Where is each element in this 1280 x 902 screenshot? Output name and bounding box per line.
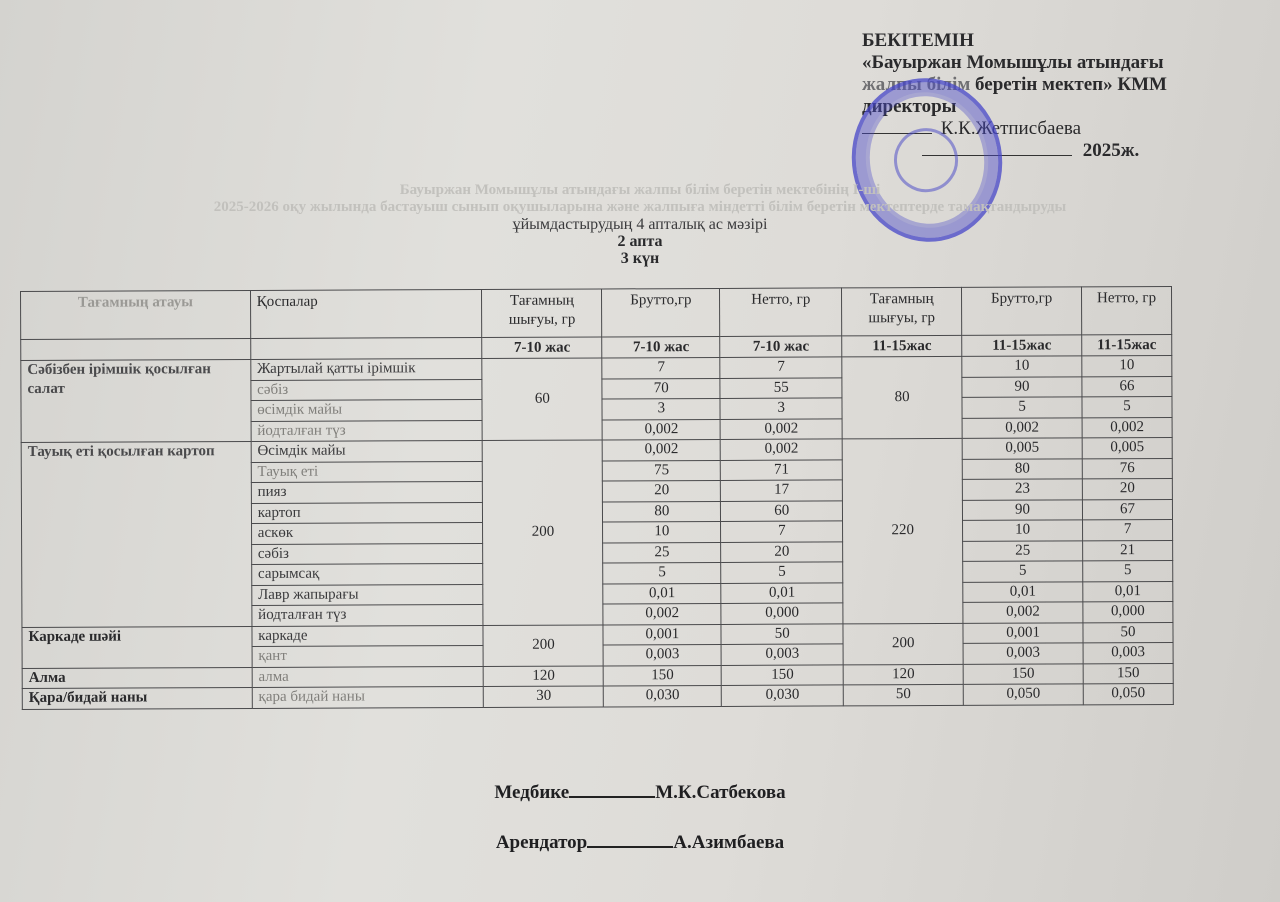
title-line1: Бауыржан Момышұлы атындағы жалпы білім б… — [60, 182, 1220, 199]
netto-7-10: 3 — [720, 398, 842, 419]
brutto-7-10: 20 — [603, 480, 721, 501]
netto-11-15: 10 — [1082, 355, 1172, 376]
age-cell — [21, 338, 251, 360]
col-header-netto-7-10: Нетто, гр — [720, 288, 842, 337]
menu-table-body: Сәбізбен ірімшік қосылған салатЖартылай … — [21, 355, 1174, 709]
brutto-7-10: 70 — [602, 378, 720, 399]
brutto-11-15: 150 — [963, 663, 1083, 684]
netto-11-15: 0,000 — [1083, 601, 1173, 622]
tenant-signature: АрендаторА.Азимбаева — [0, 832, 1280, 854]
ingredient-name: сарымсақ — [251, 563, 483, 585]
nurse-signature-line — [569, 796, 655, 798]
brutto-7-10: 75 — [603, 460, 721, 481]
dish-name: Тауық еті қосылған картоп — [21, 441, 252, 627]
age-cell: 7-10 жас — [482, 337, 602, 359]
output-11-15: 80 — [842, 356, 962, 439]
nurse-role: Медбике — [494, 782, 569, 803]
brutto-7-10: 7 — [602, 357, 720, 378]
col-header-netto-11-15: Нетто, гр — [1082, 286, 1172, 334]
col-header-brutto-7-10: Брутто,гр — [602, 288, 720, 337]
netto-7-10: 71 — [721, 459, 843, 480]
approval-heading: БЕКІТЕМІН — [862, 30, 1262, 52]
brutto-11-15: 80 — [962, 458, 1082, 479]
title-line3: ұйымдастырудың 4 апталық ас мәзірі — [60, 216, 1220, 233]
col-header-ingredients: Қоспалар — [250, 289, 482, 338]
netto-11-15: 5 — [1083, 560, 1173, 581]
output-7-10: 200 — [483, 440, 604, 625]
output-11-15: 220 — [842, 438, 963, 623]
brutto-11-15: 5 — [963, 561, 1083, 582]
brutto-7-10: 0,030 — [604, 685, 722, 706]
col-header-dish: Тағамның атауы — [21, 290, 251, 339]
netto-7-10: 0,003 — [721, 644, 843, 665]
age-cell: 11-15жас — [842, 335, 962, 357]
brutto-11-15: 90 — [962, 376, 1082, 397]
col-header-output-11-15: Тағамның шығуы, гр — [842, 287, 962, 336]
netto-11-15: 21 — [1083, 540, 1173, 561]
output-11-15: 200 — [843, 623, 963, 665]
approval-org-line1: «Бауыржан Момышұлы атындағы — [862, 52, 1262, 74]
brutto-7-10: 10 — [603, 521, 721, 542]
menu-table: Тағамның атауы Қоспалар Тағамның шығуы, … — [20, 286, 1174, 710]
ingredient-name: қант — [252, 645, 484, 667]
ingredient-name: қара бидай наны — [252, 686, 484, 708]
netto-7-10: 55 — [720, 377, 842, 398]
ingredient-name: алма — [252, 666, 484, 688]
title-line2: 2025-2026 оқу жылында бастауыш сынып оқу… — [60, 199, 1220, 216]
netto-7-10: 50 — [721, 623, 843, 644]
age-cell: 11-15жас — [962, 335, 1082, 357]
netto-7-10: 0,030 — [722, 685, 844, 706]
output-7-10: 60 — [482, 358, 602, 441]
nurse-name: М.К.Сатбекова — [655, 782, 785, 803]
ingredient-name: картоп — [251, 502, 483, 524]
netto-7-10: 0,000 — [721, 603, 843, 624]
ingredient-name: Лавр жапырағы — [252, 584, 484, 606]
age-cell — [250, 337, 482, 359]
brutto-11-15: 0,005 — [962, 438, 1082, 459]
dish-name: Каркаде шәйі — [22, 626, 252, 668]
brutto-7-10: 0,001 — [603, 624, 721, 645]
dish-name: Алма — [22, 667, 252, 689]
brutto-11-15: 23 — [962, 479, 1082, 500]
ingredient-name: аскөк — [251, 522, 483, 544]
approval-year: 2025ж. — [1083, 140, 1140, 161]
netto-7-10: 0,002 — [720, 418, 842, 439]
netto-11-15: 66 — [1082, 376, 1172, 397]
output-7-10: 200 — [483, 624, 603, 666]
ingredient-name: пияз — [251, 481, 483, 503]
netto-11-15: 0,002 — [1082, 417, 1172, 438]
brutto-7-10: 3 — [602, 398, 720, 419]
ingredient-name: каркаде — [252, 625, 484, 647]
age-cell: 7-10 жас — [720, 336, 842, 358]
netto-7-10: 7 — [720, 357, 842, 378]
brutto-7-10: 0,003 — [603, 644, 721, 665]
approval-org-line2: беретін мектеп» КММ — [975, 74, 1167, 95]
netto-7-10: 5 — [721, 562, 843, 583]
brutto-11-15: 0,050 — [963, 684, 1083, 705]
col-header-brutto-11-15: Брутто,гр — [962, 287, 1082, 336]
ingredient-name: Жартылай қатты ірімшік — [251, 358, 483, 380]
brutto-11-15: 0,001 — [963, 622, 1083, 643]
output-11-15: 50 — [843, 684, 963, 705]
ingredient-name: йодталған түз — [252, 604, 484, 626]
brutto-7-10: 0,002 — [602, 419, 720, 440]
week-label: 2 апта — [60, 233, 1220, 250]
netto-7-10: 7 — [721, 521, 843, 542]
netto-7-10: 20 — [721, 541, 843, 562]
ingredient-name: өсімдік майы — [251, 399, 483, 421]
tenant-signature-line — [587, 846, 673, 848]
netto-7-10: 150 — [721, 664, 843, 685]
brutto-7-10: 0,01 — [603, 583, 721, 604]
age-cell: 11-15жас — [1082, 334, 1172, 355]
netto-11-15: 0,005 — [1082, 437, 1172, 458]
dish-name: Қара/бидай наны — [22, 687, 252, 709]
day-label: 3 күн — [60, 250, 1220, 267]
nurse-signature: МедбикеМ.К.Сатбекова — [0, 782, 1280, 804]
brutto-7-10: 80 — [603, 501, 721, 522]
header-row: Тағамның атауы Қоспалар Тағамның шығуы, … — [21, 286, 1172, 339]
brutto-11-15: 10 — [962, 356, 1082, 377]
output-11-15: 120 — [843, 664, 963, 685]
netto-11-15: 7 — [1083, 519, 1173, 540]
brutto-11-15: 0,002 — [962, 417, 1082, 438]
brutto-11-15: 10 — [963, 520, 1083, 541]
netto-11-15: 0,050 — [1083, 683, 1173, 704]
brutto-11-15: 0,002 — [963, 602, 1083, 623]
netto-11-15: 50 — [1083, 622, 1173, 643]
output-7-10: 120 — [484, 665, 604, 686]
netto-11-15: 150 — [1083, 663, 1173, 684]
ingredient-name: йодталған түз — [251, 420, 483, 442]
document-title: Бауыржан Момышұлы атындағы жалпы білім б… — [60, 182, 1220, 267]
age-cell: 7-10 жас — [602, 336, 720, 358]
brutto-11-15: 25 — [963, 540, 1083, 561]
ingredient-name: сәбіз — [251, 379, 483, 401]
netto-11-15: 0,003 — [1083, 642, 1173, 663]
netto-7-10: 17 — [721, 480, 843, 501]
col-header-output-7-10: Тағамның шығуы, гр — [482, 289, 602, 338]
tenant-role: Арендатор — [496, 832, 587, 853]
netto-11-15: 76 — [1082, 458, 1172, 479]
brutto-7-10: 0,002 — [603, 439, 721, 460]
brutto-7-10: 150 — [604, 665, 722, 686]
brutto-11-15: 0,003 — [963, 643, 1083, 664]
brutto-7-10: 5 — [603, 562, 721, 583]
ingredient-name: Тауық еті — [251, 461, 483, 483]
ingredient-name: Өсімдік майы — [251, 440, 483, 462]
dish-name: Сәбізбен ірімшік қосылған салат — [21, 359, 251, 442]
ingredient-name: сәбіз — [251, 543, 483, 565]
output-7-10: 30 — [484, 686, 604, 707]
brutto-11-15: 0,01 — [963, 581, 1083, 602]
brutto-11-15: 90 — [963, 499, 1083, 520]
netto-11-15: 67 — [1082, 499, 1172, 520]
brutto-11-15: 5 — [962, 397, 1082, 418]
brutto-7-10: 0,002 — [603, 603, 721, 624]
netto-11-15: 20 — [1082, 478, 1172, 499]
netto-7-10: 60 — [721, 500, 843, 521]
netto-7-10: 0,01 — [721, 582, 843, 603]
table-row: Қара/бидай нанықара бидай наны300,0300,0… — [22, 683, 1173, 709]
netto-11-15: 5 — [1082, 396, 1172, 417]
netto-7-10: 0,002 — [720, 439, 842, 460]
brutto-7-10: 25 — [603, 542, 721, 563]
netto-11-15: 0,01 — [1083, 581, 1173, 602]
tenant-name: А.Азимбаева — [673, 832, 784, 853]
